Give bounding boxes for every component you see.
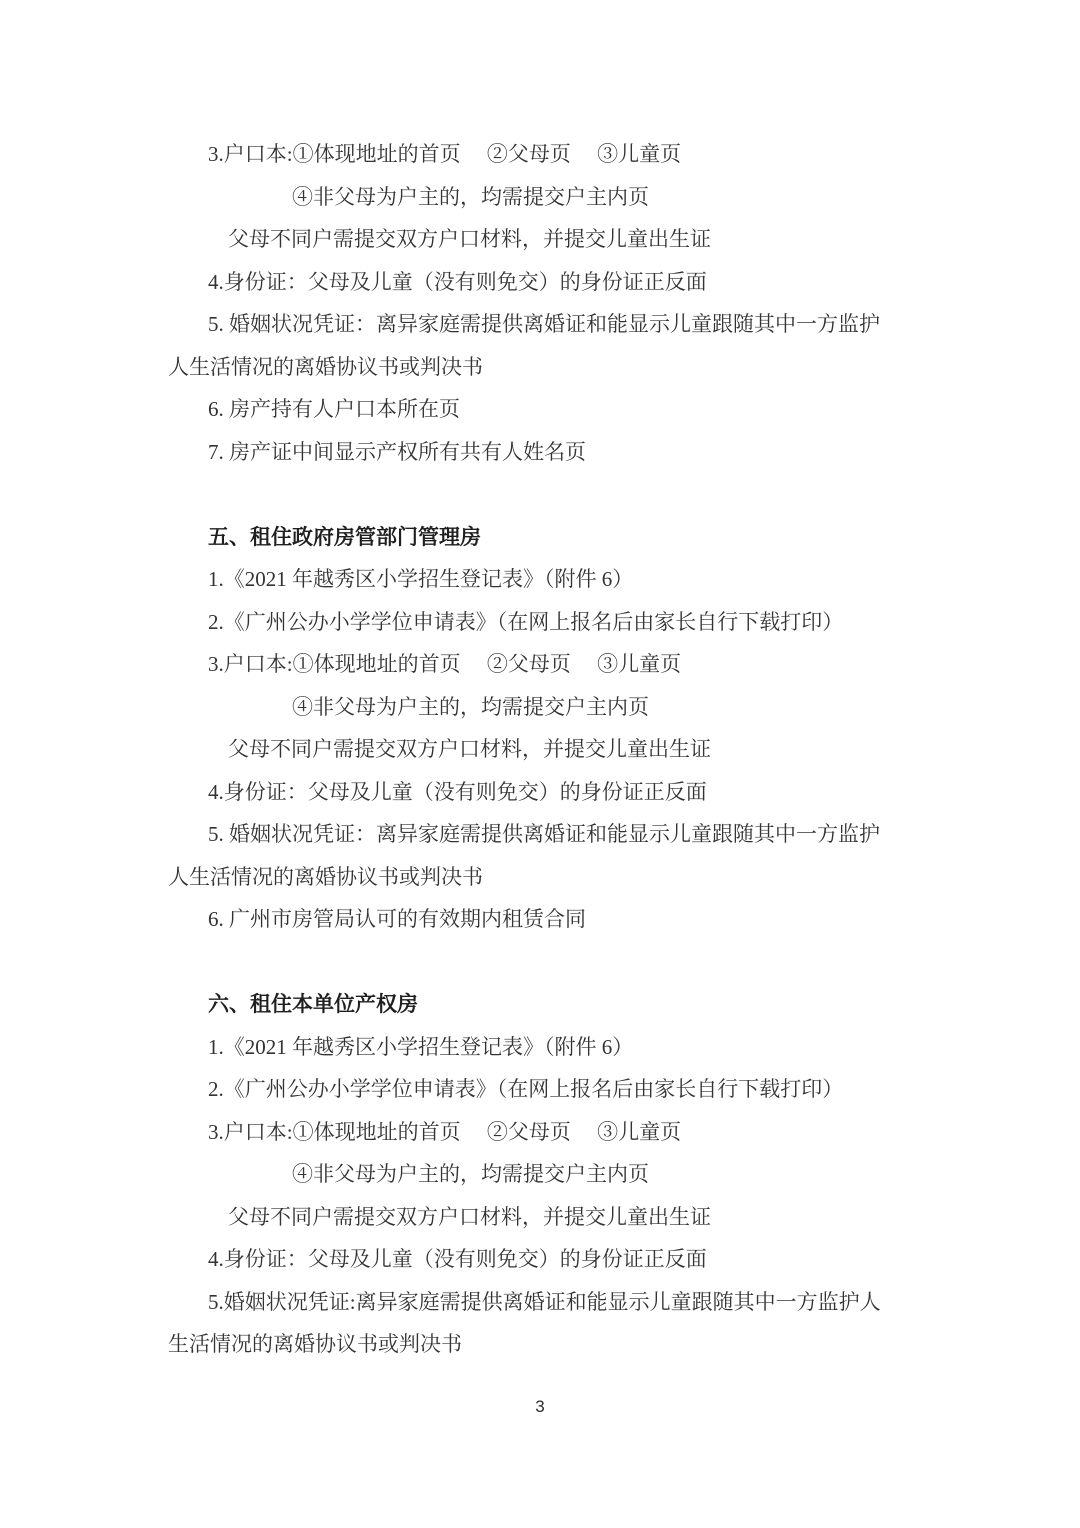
- list-subitem: ④非父母为户主的，均需提交户主内页: [292, 686, 932, 729]
- list-item-wrap: 人生活情况的离婚协议书或判决书: [168, 856, 932, 899]
- list-item: 3.户口本:①体现地址的首页 ②父母页 ③儿童页: [208, 133, 932, 176]
- section-heading-6: 六、租住本单位产权房: [208, 983, 932, 1026]
- list-item: 5. 婚姻状况凭证：离异家庭需提供离婚证和能显示儿童跟随其中一方监护: [208, 813, 932, 856]
- list-item: 5.婚姻状况凭证:离异家庭需提供离婚证和能显示儿童跟随其中一方监护人: [208, 1281, 932, 1324]
- section-5: 五、租住政府房管部门管理房 1.《2021 年越秀区小学招生登记表》（附件 6）…: [168, 516, 932, 941]
- list-item-wrap: 生活情况的离婚协议书或判决书: [168, 1323, 932, 1366]
- list-item: 1.《2021 年越秀区小学招生登记表》（附件 6）: [208, 1026, 932, 1069]
- list-item: 6. 广州市房管局认可的有效期内租赁合同: [208, 898, 932, 941]
- list-subitem: ④非父母为户主的，均需提交户主内页: [292, 176, 932, 219]
- document-page: 3.户口本:①体现地址的首页 ②父母页 ③儿童页 ④非父母为户主的，均需提交户主…: [0, 0, 1080, 1528]
- list-note: 父母不同户需提交双方户口材料，并提交儿童出生证: [228, 218, 932, 261]
- list-item: 2.《广州公办小学学位申请表》（在网上报名后由家长自行下载打印）: [208, 1068, 932, 1111]
- list-item: 4.身份证：父母及儿童（没有则免交）的身份证正反面: [208, 1238, 932, 1281]
- list-item: 4.身份证：父母及儿童（没有则免交）的身份证正反面: [208, 261, 932, 304]
- list-note: 父母不同户需提交双方户口材料，并提交儿童出生证: [228, 1196, 932, 1239]
- list-item: 4.身份证：父母及儿童（没有则免交）的身份证正反面: [208, 771, 932, 814]
- list-item: 2.《广州公办小学学位申请表》（在网上报名后由家长自行下载打印）: [208, 601, 932, 644]
- section-4-continuation: 3.户口本:①体现地址的首页 ②父母页 ③儿童页 ④非父母为户主的，均需提交户主…: [168, 133, 932, 473]
- section-6: 六、租住本单位产权房 1.《2021 年越秀区小学招生登记表》（附件 6） 2.…: [168, 983, 932, 1366]
- list-item: 7. 房产证中间显示产权所有共有人姓名页: [208, 431, 932, 474]
- list-item: 6. 房产持有人户口本所在页: [208, 388, 932, 431]
- list-item: 1.《2021 年越秀区小学招生登记表》（附件 6）: [208, 558, 932, 601]
- section-heading-5: 五、租住政府房管部门管理房: [208, 516, 932, 559]
- list-item: 5. 婚姻状况凭证：离异家庭需提供离婚证和能显示儿童跟随其中一方监护: [208, 303, 932, 346]
- list-subitem: ④非父母为户主的，均需提交户主内页: [292, 1153, 932, 1196]
- list-item: 3.户口本:①体现地址的首页 ②父母页 ③儿童页: [208, 643, 932, 686]
- page-body: 3.户口本:①体现地址的首页 ②父母页 ③儿童页 ④非父母为户主的，均需提交户主…: [0, 0, 1080, 1366]
- list-note: 父母不同户需提交双方户口材料，并提交儿童出生证: [228, 728, 932, 771]
- page-number: 3: [0, 1396, 1080, 1418]
- list-item: 3.户口本:①体现地址的首页 ②父母页 ③儿童页: [208, 1111, 932, 1154]
- list-item-wrap: 人生活情况的离婚协议书或判决书: [168, 346, 932, 389]
